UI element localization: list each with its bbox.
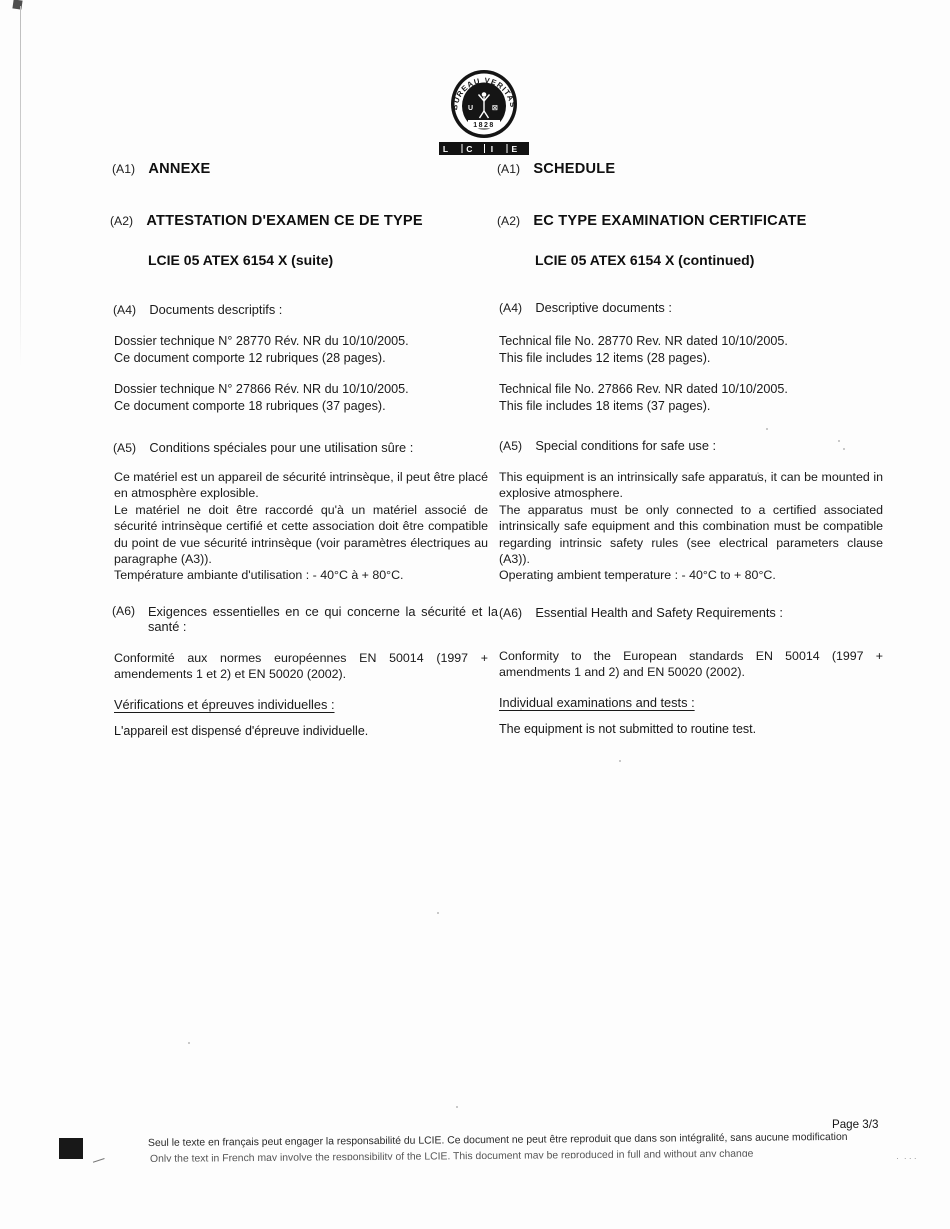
- scan-speck: [456, 1106, 458, 1108]
- fr-doc1-line2: Ce document comporte 12 rubriques (28 pa…: [114, 350, 409, 367]
- fr-tests-heading: Vérifications et épreuves individuelles …: [114, 697, 335, 712]
- fr-certificate-number: LCIE 05 ATEX 6154 X (suite): [148, 252, 333, 268]
- fr-a5-title: Conditions spéciales pour une utilisatio…: [149, 440, 413, 455]
- registration-mark-square: [59, 1138, 83, 1159]
- footer-disclaimer-fr: Seul le texte en français peut engager l…: [148, 1132, 848, 1149]
- scanned-certificate-page: BUREAU VERITAS U ☒ 1828: [0, 0, 950, 1229]
- scan-speck: [619, 760, 621, 762]
- en-a5-label: (A5): [499, 439, 522, 453]
- fr-a5-label: (A5): [113, 441, 136, 455]
- en-a4-heading: (A4) Descriptive documents :: [499, 299, 672, 317]
- logo-year: 1828: [473, 122, 495, 129]
- en-a5-paragraph-2: The apparatus must be only connected to …: [499, 502, 883, 568]
- en-a1-label: (A1): [497, 162, 520, 176]
- fr-doc2-line1: Dossier technique N° 27866 Rév. NR du 10…: [114, 381, 409, 398]
- svg-text:☒: ☒: [492, 104, 498, 112]
- fr-doc2: Dossier technique N° 27866 Rév. NR du 10…: [114, 381, 409, 415]
- fr-doc2-line2: Ce document comporte 18 rubriques (37 pa…: [114, 398, 409, 415]
- en-doc1-line1: Technical file No. 28770 Rev. NR dated 1…: [499, 333, 788, 350]
- fr-a1-title: ANNEXE: [148, 161, 210, 177]
- fr-a5-paragraph-2: Le matériel ne doit être raccordé qu'à u…: [114, 502, 488, 568]
- fr-doc1-line1: Dossier technique N° 28770 Rév. NR du 10…: [114, 333, 409, 350]
- en-a6-title: Essential Health and Safety Requirements…: [535, 605, 783, 620]
- en-a5-title: Special conditions for safe use :: [535, 438, 716, 453]
- fr-a6-title: Exigences essentielles en ce qui concern…: [148, 604, 498, 634]
- fr-a5-body: Ce matériel est un appareil de sécurité …: [114, 469, 488, 584]
- en-tests-heading: Individual examinations and tests :: [499, 695, 695, 710]
- en-a2-label: (A2): [497, 214, 520, 228]
- pen-mark-artifact: [91, 1153, 104, 1162]
- en-tests-paragraph: The equipment is not submitted to routin…: [499, 722, 756, 736]
- scan-speck: [843, 448, 845, 450]
- fr-a4-label: (A4): [113, 303, 136, 317]
- scan-dots-artifact: · ···: [896, 1153, 919, 1163]
- fr-tests-paragraph: L'appareil est dispensé d'épreuve indivi…: [114, 724, 368, 738]
- en-a6-label: (A6): [499, 606, 522, 620]
- en-a5-paragraph-3: Operating ambient temperature : - 40°C t…: [499, 567, 883, 583]
- en-a5-paragraph-1: This equipment is an intrinsically safe …: [499, 469, 883, 502]
- scan-corner-artifact: [12, 0, 22, 10]
- en-a5-body: This equipment is an intrinsically safe …: [499, 469, 883, 584]
- en-doc2: Technical file No. 27866 Rev. NR dated 1…: [499, 381, 788, 415]
- fr-a1-label: (A1): [112, 162, 135, 176]
- fr-a6-heading: (A6) Exigences essentielles en ce qui co…: [112, 604, 497, 634]
- lcie-logo-bar: L C I E: [439, 142, 529, 155]
- scan-edge-line-artifact: [20, 6, 21, 366]
- en-a1-title: SCHEDULE: [533, 161, 615, 177]
- scan-speck: [766, 428, 768, 430]
- en-a6-heading: (A6) Essential Health and Safety Require…: [499, 604, 783, 622]
- fr-a5-paragraph-1: Ce matériel est un appareil de sécurité …: [114, 469, 488, 502]
- scan-speck: [437, 912, 439, 914]
- bureau-veritas-seal: BUREAU VERITAS U ☒ 1828: [434, 68, 534, 158]
- en-doc2-line1: Technical file No. 27866 Rev. NR dated 1…: [499, 381, 788, 398]
- page-number: Page 3/3: [832, 1118, 878, 1131]
- fr-a2-heading: (A2) ATTESTATION D'EXAMEN CE DE TYPE: [110, 212, 423, 230]
- fr-doc1: Dossier technique N° 28770 Rév. NR du 10…: [114, 333, 409, 367]
- fr-a5-paragraph-3: Température ambiante d'utilisation : - 4…: [114, 567, 488, 583]
- en-a2-heading: (A2) EC TYPE EXAMINATION CERTIFICATE: [497, 212, 807, 230]
- en-a6-body: Conformity to the European standards EN …: [499, 648, 883, 681]
- fr-a6-label: (A6): [112, 604, 135, 618]
- en-doc2-line2: This file includes 18 items (37 pages).: [499, 398, 788, 415]
- en-a4-label: (A4): [499, 301, 522, 315]
- en-a1-heading: (A1) SCHEDULE: [497, 160, 615, 178]
- svg-text:U: U: [468, 105, 473, 112]
- en-a5-heading: (A5) Special conditions for safe use :: [499, 437, 716, 455]
- logo-bar-text: L C I E: [443, 144, 525, 154]
- fr-a2-title: ATTESTATION D'EXAMEN CE DE TYPE: [146, 213, 422, 229]
- bureau-veritas-lcie-logo: BUREAU VERITAS U ☒ 1828: [434, 68, 534, 158]
- en-doc1-line2: This file includes 12 items (28 pages).: [499, 350, 788, 367]
- en-certificate-number: LCIE 05 ATEX 6154 X (continued): [535, 252, 754, 268]
- en-a2-title: EC TYPE EXAMINATION CERTIFICATE: [533, 213, 806, 229]
- scan-speck: [838, 440, 840, 442]
- en-a4-title: Descriptive documents :: [535, 300, 672, 315]
- footer-disclaimer-en-clipped: Only the text in French may involve the …: [150, 1149, 753, 1162]
- fr-a4-title: Documents descriptifs :: [149, 302, 282, 317]
- fr-a1-heading: (A1) ANNEXE: [112, 160, 210, 178]
- en-doc1: Technical file No. 28770 Rev. NR dated 1…: [499, 333, 788, 367]
- en-a6-paragraph: Conformity to the European standards EN …: [499, 648, 883, 681]
- scan-speck: [188, 1042, 190, 1044]
- fr-a6-body: Conformité aux normes européennes EN 500…: [114, 650, 488, 683]
- fr-a5-heading: (A5) Conditions spéciales pour une utili…: [113, 439, 413, 457]
- fr-a4-heading: (A4) Documents descriptifs :: [113, 301, 282, 319]
- fr-a6-paragraph: Conformité aux normes européennes EN 500…: [114, 650, 488, 683]
- fr-a2-label: (A2): [110, 214, 133, 228]
